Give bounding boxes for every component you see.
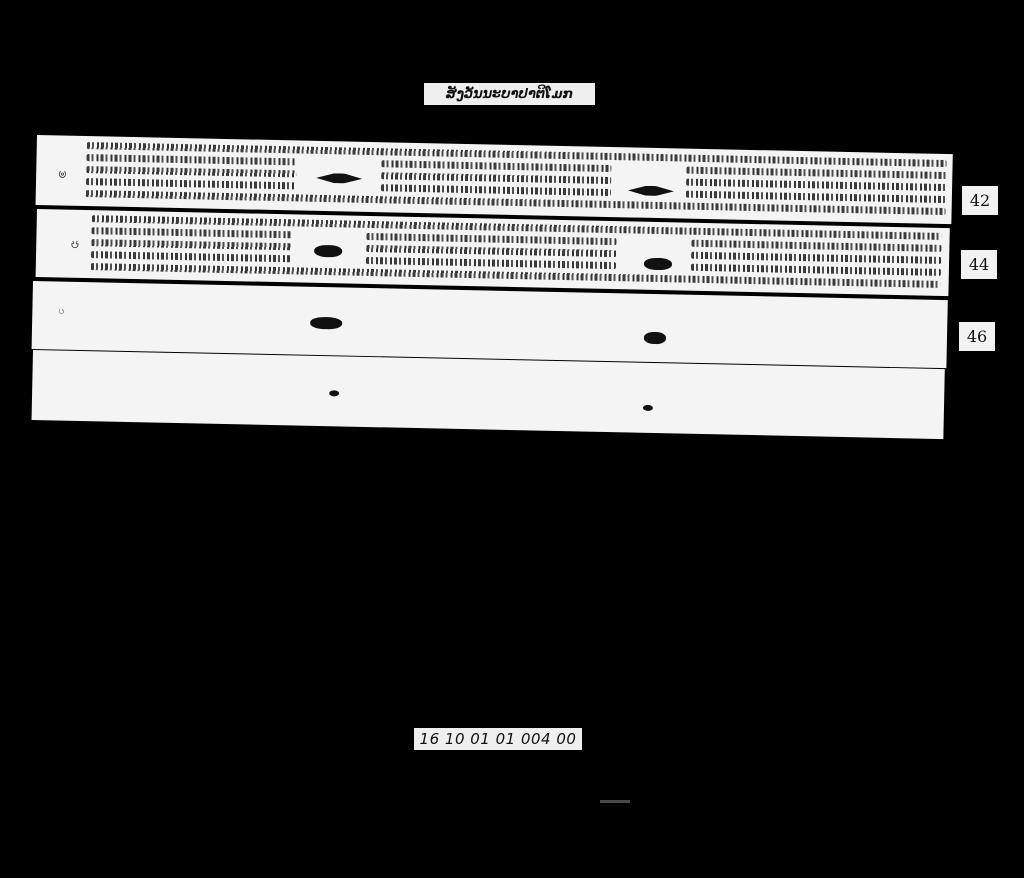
leaf-numeral: ၓ [70, 234, 80, 256]
script-line [91, 251, 291, 262]
string-hole [643, 405, 653, 411]
page-number-46: 46 [959, 322, 995, 351]
script-line [91, 239, 291, 250]
catalog-code-label: 16 10 01 01 004 00 [414, 728, 582, 750]
script-line [86, 178, 296, 189]
script-line [366, 257, 616, 269]
string-hole [628, 185, 674, 196]
leaf-numeral: ၑ [58, 163, 67, 185]
scan-artifact [600, 800, 630, 803]
script-line [86, 154, 296, 165]
script-line [686, 167, 946, 179]
string-hole [644, 332, 666, 344]
script-line [691, 240, 941, 252]
script-line [691, 264, 941, 276]
script-line [381, 184, 611, 196]
script-line [686, 191, 946, 203]
script-line [686, 179, 946, 191]
manuscript-title-label: ສັງວັນນະບາປາຕິໂມກ [424, 83, 595, 105]
string-hole [310, 317, 342, 330]
page-number-42: 42 [962, 186, 998, 215]
leaf-numeral: ၒ [58, 304, 65, 320]
string-hole [316, 173, 362, 184]
script-line [366, 233, 616, 245]
script-line [691, 252, 941, 264]
script-line [86, 166, 296, 177]
script-line [381, 172, 611, 184]
string-hole [314, 245, 342, 258]
script-line [91, 227, 291, 238]
script-line [381, 160, 611, 172]
page-number-44: 44 [961, 250, 997, 279]
string-hole [644, 258, 672, 271]
string-hole [329, 390, 339, 396]
palm-leaf-1: ၑ [36, 135, 953, 224]
script-line [366, 245, 616, 257]
